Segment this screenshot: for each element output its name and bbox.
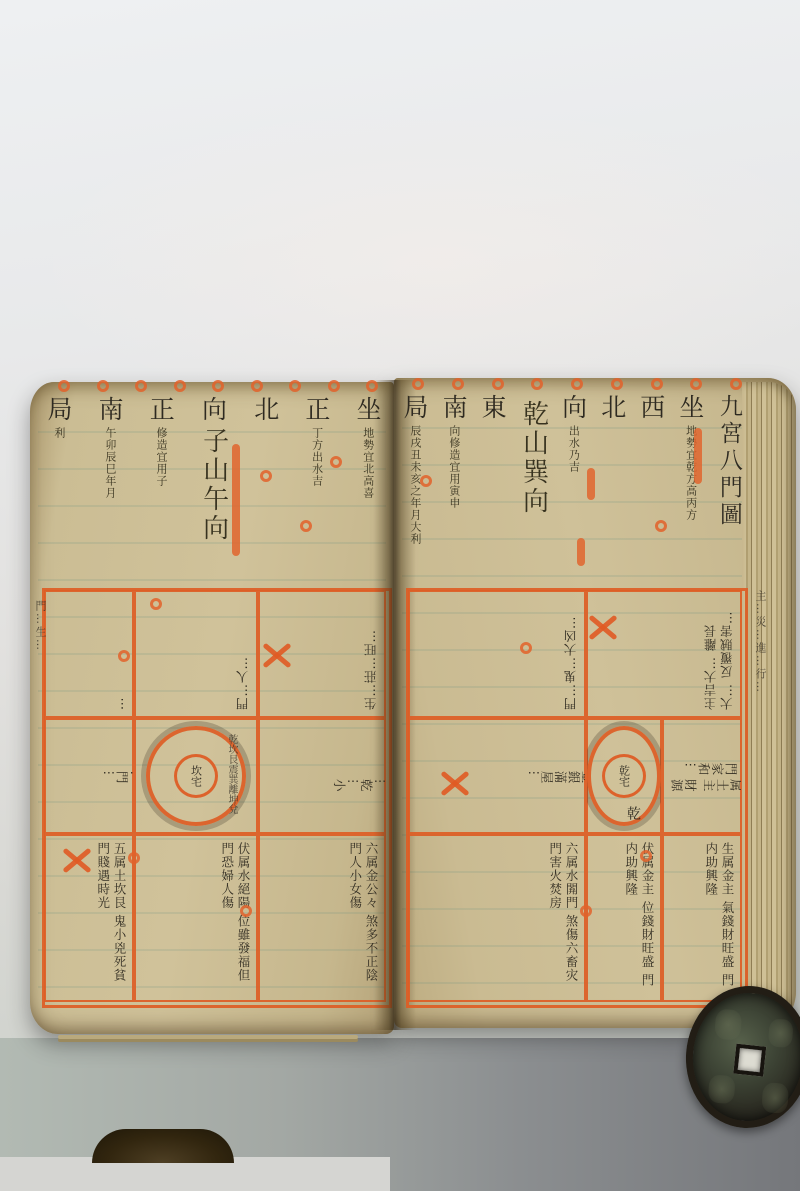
page-title-column: 九宮八門圖	[717, 394, 740, 590]
cell-text: 天乙…門…	[62, 762, 133, 790]
orange-ring-row-right	[412, 378, 742, 390]
cell-text: 六属水閞門 煞傷六畜灾 門害火焚房	[541, 835, 586, 1001]
grid-cell-top-left: 門…鬼…大凶…	[409, 591, 585, 717]
coin-relief-character	[708, 1074, 736, 1104]
coin-square-hole	[733, 1044, 766, 1077]
header-column: 東	[480, 394, 505, 590]
orange-x-mark	[62, 845, 92, 875]
header-note: 出水乃吉	[567, 425, 580, 473]
orange-emphasis-bar	[577, 538, 585, 566]
orange-ring-mark	[611, 378, 623, 390]
cell-text: 五属土坎艮 鬼小兇死貧 門賤遇時光	[89, 835, 134, 1001]
grid-cell-mid-left: 天乙…門…	[45, 719, 133, 833]
cell-text: 門…金銀滿屋…	[514, 762, 585, 790]
orange-ring-mark	[420, 475, 432, 487]
cell-text: 伏属金主 位錢財旺盛 門内助興隆	[617, 835, 662, 1001]
orange-ring-row-left	[58, 380, 378, 392]
cell-text: 伏属水絕陽 位雖發福但 門恐婦人傷	[213, 835, 258, 1001]
book-fore-edge	[742, 382, 796, 1024]
fore-edge-text: 主…災…進…行…	[752, 590, 768, 890]
orange-emphasis-bar	[694, 428, 702, 484]
orange-ring-mark	[150, 598, 162, 610]
orange-ring-mark	[452, 378, 464, 390]
header-char: 正	[304, 396, 329, 421]
partial-coin-edge	[92, 1129, 234, 1163]
cell-text: 生属金主 氣錢財旺盛 門内助興隆	[697, 835, 742, 1001]
mountain-facing-formula: 乾山巽向	[519, 400, 546, 516]
grid-cell-bottom-right: 六属金公々 煞多不正陰 門人小女傷	[259, 835, 385, 1001]
header-column: 北	[253, 396, 278, 588]
header-char: 向	[200, 396, 225, 421]
orange-ring-mark	[328, 380, 340, 392]
orange-ring-mark	[251, 380, 263, 392]
orange-ring-mark	[580, 905, 592, 917]
header-char: 南	[441, 394, 466, 419]
header-column: 乾山巽向	[519, 394, 546, 590]
coin-relief-character	[714, 1009, 742, 1041]
orange-ring-mark	[97, 380, 109, 392]
grid-cell-top-right: 主吉大… 離長大… 反覆賊害…	[587, 591, 741, 717]
left-header: 坐 地勢宜北高喜 正 丁方出水吉 北 向 子山午向 正 修造宜用子 南 午卯辰巳…	[46, 396, 380, 588]
center-palace-cell: 乾宅 乾	[587, 719, 661, 833]
orange-ring-mark	[58, 380, 70, 392]
orange-ring-mark	[118, 650, 130, 662]
orange-ring-mark	[690, 378, 702, 390]
grid-cell-bottom-left: 六属水閞門 煞傷六畜灾 門害火焚房	[409, 835, 585, 1001]
grid-cell-mid-right: 絕命…乾…小郎…	[259, 719, 385, 833]
orange-ring-mark	[730, 378, 742, 390]
grid-cell-top-mid: 門…人…	[135, 591, 257, 717]
header-char: 北	[253, 396, 278, 421]
header-note: 丁方出水吉	[310, 427, 323, 487]
header-column: 南 向修造宜用寅申	[441, 394, 466, 590]
grid-cell-bottom-right: 生属金主 氣錢財旺盛 門内助興隆	[663, 835, 741, 1001]
header-char: 南	[97, 396, 122, 421]
orange-ring-mark	[412, 378, 424, 390]
cell-text: 延年属土主 財源日進 門家和…	[663, 754, 741, 799]
header-note: 午卯辰巳年月	[103, 427, 116, 499]
orange-x-mark	[440, 768, 470, 798]
right-nine-palace-grid: 門…鬼…大凶… 主吉大… 離長大… 反覆賊害… 門…金銀滿屋… 乾宅 乾 延年属…	[406, 588, 748, 1008]
orange-ring-mark	[655, 520, 667, 532]
header-char: 局	[46, 396, 71, 421]
center-palace-cell: 乾坎艮震巽離坤兌 坎宅	[135, 719, 257, 833]
palace-name: 坎宅	[191, 765, 202, 787]
header-column: 正 丁方出水吉	[304, 396, 329, 588]
palace-core-circle: 坎宅	[174, 754, 218, 798]
orange-ring-mark	[531, 378, 543, 390]
header-char: 坐	[678, 394, 703, 419]
header-column: 西	[639, 394, 664, 590]
orange-ring-mark	[174, 380, 186, 392]
left-nine-palace-grid: … 門…人… 生…莊…旺… 天乙…門… 乾坎艮震巽離坤兌 坎宅 絕命…乾…小郎……	[42, 588, 392, 1008]
grid-cell-mid-right: 延年属土主 財源日進 門家和…	[663, 719, 741, 833]
cell-text: 六属金公々 煞多不正陰 門人小女傷	[341, 835, 386, 1001]
header-char: 坐	[355, 396, 380, 421]
header-column: 北	[600, 394, 625, 590]
orange-ring-mark	[135, 380, 147, 392]
header-char: 西	[639, 394, 664, 419]
orange-ring-mark	[330, 456, 342, 468]
header-note: 向修造宜用寅申	[447, 425, 460, 509]
orange-ring-mark	[128, 852, 140, 864]
palace-around-char: 乾	[623, 806, 643, 820]
orange-x-mark	[588, 612, 618, 642]
orange-x-mark	[262, 640, 292, 670]
cell-text: 生…莊…旺…	[357, 591, 385, 717]
orange-ring-mark	[260, 470, 272, 482]
grid-cell-bottom-mid: 伏属水絕陽 位雖發福但 門恐婦人傷	[135, 835, 257, 1001]
header-column: 正 修造宜用子	[148, 396, 173, 588]
header-column: 向 子山午向	[199, 396, 226, 588]
header-column: 南 午卯辰巳年月	[97, 396, 122, 588]
header-char: 向	[561, 394, 586, 419]
header-column: 局 辰戌丑未亥之年月大利	[402, 394, 427, 590]
orange-emphasis-bar	[232, 444, 240, 556]
palace-name: 乾宅	[619, 765, 630, 787]
orange-ring-mark	[640, 850, 652, 862]
orange-ring-mark	[492, 378, 504, 390]
palace-circle: 乾坎艮震巽離坤兌 坎宅	[146, 726, 246, 826]
grid-cell-mid-left: 門…金銀滿屋…	[409, 719, 585, 833]
header-column: 局 利	[46, 396, 71, 588]
cell-text: 門…人…	[229, 591, 257, 717]
right-header: 九宮八門圖 坐 地勢宜乾方高丙方 西 北 向 出水乃吉 乾山巽向 東 南 向修造…	[402, 394, 740, 590]
coin-relief-character	[761, 1082, 789, 1114]
coin-relief-character	[768, 1018, 794, 1048]
photo-scene: 坐 地勢宜北高喜 正 丁方出水吉 北 向 子山午向 正 修造宜用子 南 午卯辰巳…	[0, 0, 800, 1191]
cell-text: 門…鬼…大凶…	[557, 591, 585, 717]
page-stack-edge	[58, 1035, 358, 1039]
cell-text: 主吉大… 離長大… 反覆賊害…	[697, 591, 742, 717]
palace-circle: 乾宅 乾	[587, 726, 661, 826]
orange-ring-mark	[300, 520, 312, 532]
orange-ring-mark	[520, 642, 532, 654]
orange-ring-mark	[289, 380, 301, 392]
header-note: 利	[52, 427, 65, 439]
orange-ring-mark	[212, 380, 224, 392]
header-column: 坐 地勢宜乾方高丙方	[678, 394, 703, 590]
header-note: 地勢宜北高喜	[361, 427, 374, 499]
orange-emphasis-bar	[587, 468, 595, 500]
header-note: 辰戌丑未亥之年月大利	[408, 425, 421, 545]
mountain-facing-formula: 子山午向	[199, 427, 226, 543]
header-column: 坐 地勢宜北高喜	[355, 396, 380, 588]
header-char: 東	[480, 394, 505, 419]
orange-ring-mark	[366, 380, 378, 392]
header-char: 北	[600, 394, 625, 419]
header-note: 修造宜用子	[154, 427, 167, 487]
cell-text: 絕命…乾…小郎…	[306, 754, 385, 799]
header-char: 局	[402, 394, 427, 419]
orange-ring-mark	[240, 905, 252, 917]
left-page-edge-text: 門…生…	[32, 600, 48, 760]
page-title: 九宮八門圖	[717, 394, 740, 529]
orange-ring-mark	[571, 378, 583, 390]
orange-ring-mark	[651, 378, 663, 390]
header-char: 正	[148, 396, 173, 421]
palace-core-circle: 乾宅	[602, 754, 646, 798]
